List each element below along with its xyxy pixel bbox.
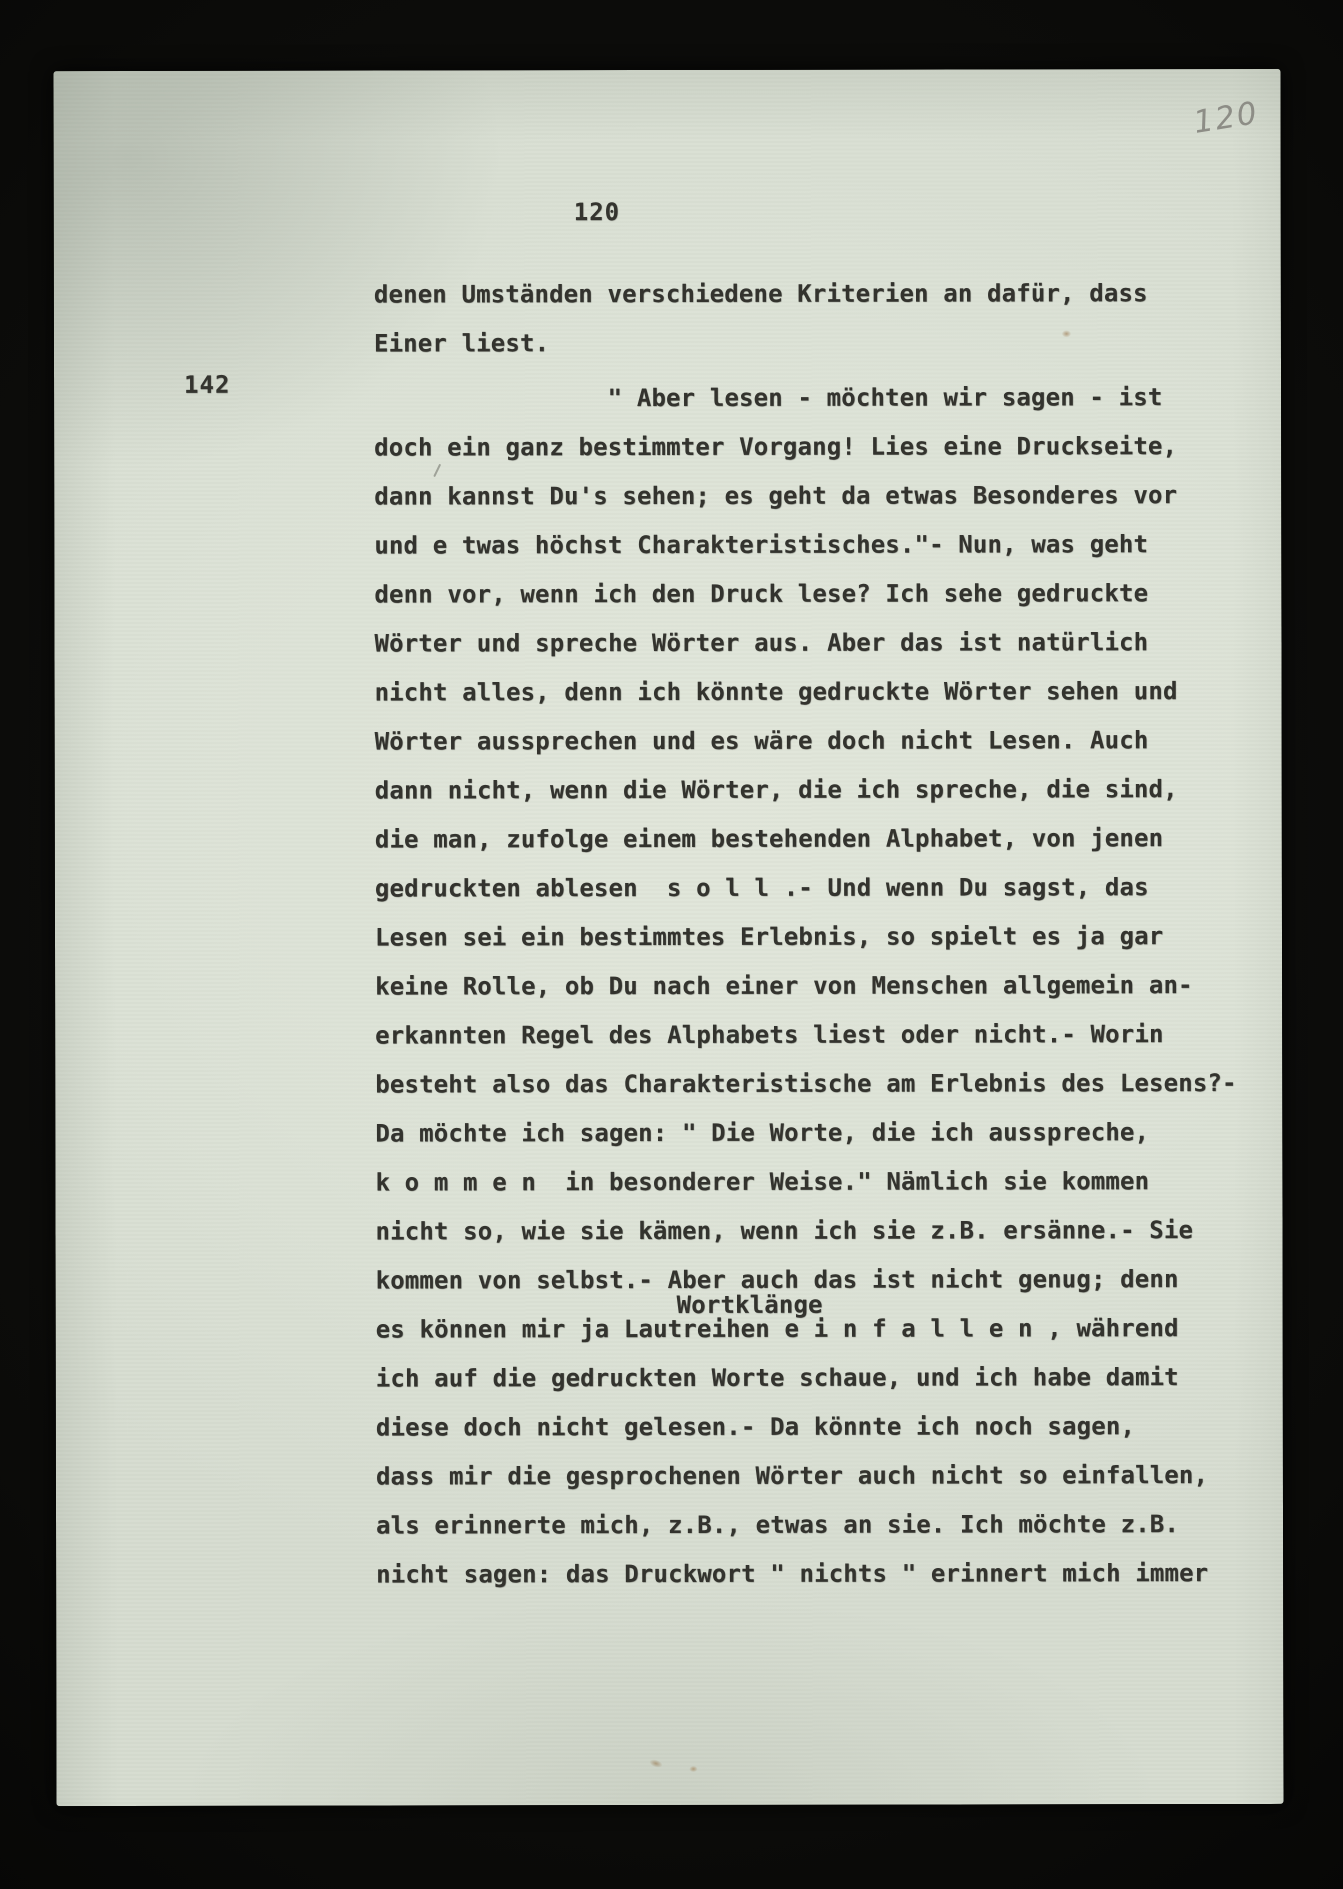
typed-text-block: denen Umständen verschiedene Kriterien a…	[374, 269, 1238, 1600]
paper-stain	[649, 1758, 664, 1769]
scan-background: 120 120 142 denen Umständen verschiedene…	[0, 0, 1343, 1889]
typed-line: dann kannst Du's sehen; es geht da etwas…	[374, 471, 1235, 522]
typed-page-number: 120	[574, 198, 620, 226]
typed-line: Wörter aussprechen und es wäre doch nich…	[375, 716, 1236, 767]
typed-line: diese doch nicht gelesen.- Da könnte ich…	[376, 1402, 1237, 1453]
typed-line: Da möchte ich sagen: " Die Worte, die ic…	[375, 1108, 1236, 1159]
typed-line: " Aber lesen - möchten wir sagen - ist	[374, 373, 1235, 424]
typed-line: denen Umständen verschiedene Kriterien a…	[374, 269, 1235, 320]
typed-line: und e twas höchst Charakteristisches."- …	[374, 520, 1235, 571]
typed-line: erkannten Regel des Alphabets liest oder…	[375, 1010, 1236, 1061]
typed-line: nicht so, wie sie kämen, wenn ich sie z.…	[375, 1206, 1236, 1257]
typed-line: k o m m e n in besonderer Weise." Nämlic…	[375, 1157, 1236, 1208]
paper-stain	[1062, 330, 1071, 337]
typed-line: Wörter und spreche Wörter aus. Aber das …	[374, 618, 1235, 669]
paper-stain	[689, 1766, 697, 1772]
typed-line: dann nicht, wenn die Wörter, die ich spr…	[375, 765, 1236, 816]
typed-line: denn vor, wenn ich den Druck lese? Ich s…	[374, 569, 1235, 620]
typed-line: als erinnerte mich, z.B., etwas an sie. …	[376, 1500, 1237, 1551]
manuscript-page: 120 120 142 denen Umständen verschiedene…	[53, 69, 1283, 1806]
typed-line: Lesen sei ein bestimmtes Erlebnis, so sp…	[375, 912, 1236, 963]
typed-line: nicht alles, denn ich könnte gedruckte W…	[375, 667, 1236, 718]
typed-line: die man, zufolge einem bestehenden Alpha…	[375, 814, 1236, 865]
typed-line: Einer liest.	[374, 318, 1235, 369]
typed-line: besteht also das Charakteristische am Er…	[375, 1059, 1236, 1110]
typed-line: dass mir die gesprochenen Wörter auch ni…	[376, 1451, 1237, 1502]
interlinear-insertion: Wortklänge	[677, 1291, 823, 1319]
typed-line: nicht sagen: das Druckwort " nichts " er…	[376, 1549, 1237, 1600]
typed-line: ich auf die gedruckten Worte schaue, und…	[376, 1353, 1237, 1404]
typed-line: doch ein ganz bestimmter Vorgang! Lies e…	[374, 422, 1235, 473]
handwritten-page-number-annotation: 120	[1191, 96, 1261, 140]
margin-remark-number: 142	[184, 371, 230, 399]
typed-line: gedruckten ablesen s o l l .- Und wenn D…	[375, 863, 1236, 914]
typed-line: keine Rolle, ob Du nach einer von Mensch…	[375, 961, 1236, 1012]
